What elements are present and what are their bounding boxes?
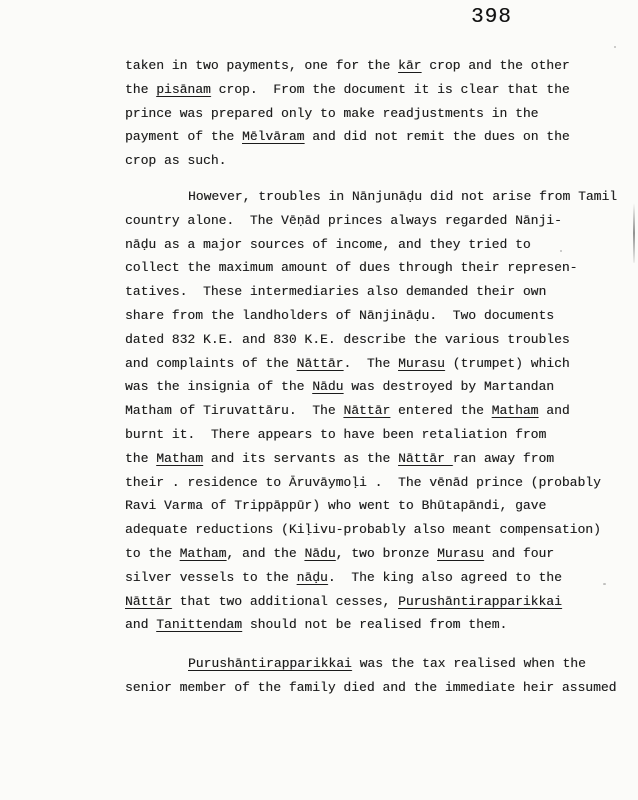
text-segment: . The king also agreed to the [328,570,562,585]
text-line: to the Matham, and the Nādu, two bronze … [125,542,625,566]
text-segment: Ravi Varma of Trippāppūr) who went to Bh… [125,498,546,513]
text-line: and complaints of the Nāttār. The Murasu… [125,352,625,376]
underlined-term: pisānam [156,82,211,97]
text-line: However, troubles in Nānjunāḍu did not a… [125,185,625,209]
text-segment: country alone. The Vēṇād princes always … [125,213,562,228]
scan-speck [560,250,562,252]
text-segment: taken in two payments, one for the [125,58,398,73]
text-segment: their . residence to Āruvāymoḷi . The vē… [125,475,601,490]
text-segment: ran away from [453,451,554,466]
text-segment: burnt it. There appears to have been ret… [125,427,546,442]
text-line: silver vessels to the nāḍu. The king als… [125,566,625,590]
text-line: burnt it. There appears to have been ret… [125,423,625,447]
text-segment: (trumpet) which [445,356,570,371]
text-segment: dated 832 K.E. and 830 K.E. describe the… [125,332,570,347]
text-line: their . residence to Āruvāymoḷi . The vē… [125,471,625,495]
underlined-term: Nādu [312,379,343,394]
text-line: adequate reductions (Kiḷivu-probably als… [125,518,625,542]
text-segment: and did not remit the dues on the [304,129,569,144]
text-segment: was the tax realised when the [352,656,586,671]
text-segment: collect the maximum amount of dues throu… [125,260,577,275]
text-segment: prince was prepared only to make readjus… [125,106,538,121]
text-line: the Matham and its servants as the Nāttā… [125,447,625,471]
text-segment: crop. From the document it is clear that… [211,82,570,97]
text-line: tatives. These intermediaries also deman… [125,280,625,304]
underlined-term: Nāttār [398,451,453,466]
underlined-term: Nāttār [343,403,390,418]
text-segment: and its servants as the [203,451,398,466]
text-segment: nāḍu as a major sources of income, and t… [125,237,531,252]
text-segment: was the insignia of the [125,379,312,394]
scan-speck [603,583,606,585]
text-line: senior member of the family died and the… [125,676,625,700]
text-line: crop as such. [125,149,625,173]
text-segment: the [125,451,156,466]
text-segment: payment of the [125,129,242,144]
text-line: Matham of Tiruvattāru. The Nāttār entere… [125,399,625,423]
text-segment: However, troubles in Nānjunāḍu did not a… [188,189,617,204]
paragraph: Purushāntirapparikkai was the tax realis… [125,652,625,700]
underlined-term: Mēlvāram [242,129,304,144]
text-segment: should not be realised from them. [242,617,507,632]
text-line: prince was prepared only to make readjus… [125,102,625,126]
text-line: and Tanittendam should not be realised f… [125,613,625,637]
scan-speck [614,46,616,48]
text-segment: , two bronze [336,546,437,561]
paragraph: taken in two payments, one for the kār c… [125,54,625,173]
text-line: was the insignia of the Nādu was destroy… [125,375,625,399]
text-segment: . The [343,356,398,371]
page-number: 398 [471,6,512,29]
text-segment: and complaints of the [125,356,297,371]
text-segment: , and the [226,546,304,561]
text-line: taken in two payments, one for the kār c… [125,54,625,78]
underlined-term: Purushāntirapparikkai [188,656,352,671]
text-block: taken in two payments, one for the kār c… [125,54,625,700]
scan-artifact-line [633,203,635,263]
underlined-term: Murasu [398,356,445,371]
text-line: Ravi Varma of Trippāppūr) who went to Bh… [125,494,625,518]
text-line: Purushāntirapparikkai was the tax realis… [125,652,625,676]
text-segment: crop as such. [125,153,226,168]
text-line: Nāttār that two additional cesses, Purus… [125,590,625,614]
scanned-document-page: 398 taken in two payments, one for the k… [0,0,638,800]
text-segment: share from the landholders of Nānjināḍu.… [125,308,554,323]
text-segment: was destroyed by Martandan [343,379,554,394]
text-segment: to the [125,546,180,561]
text-segment: and [538,403,569,418]
text-line: share from the landholders of Nānjināḍu.… [125,304,625,328]
text-line: the pisānam crop. From the document it i… [125,78,625,102]
underlined-term: Nāttār [297,356,344,371]
underlined-term: Matham [492,403,539,418]
text-segment: senior member of the family died and the… [125,680,616,695]
text-line: dated 832 K.E. and 830 K.E. describe the… [125,328,625,352]
text-line: nāḍu as a major sources of income, and t… [125,233,625,257]
text-segment: and four [484,546,554,561]
text-line: payment of the Mēlvāram and did not remi… [125,125,625,149]
text-segment: entered the [390,403,491,418]
text-segment: that two additional cesses, [172,594,398,609]
paragraph: However, troubles in Nānjunāḍu did not a… [125,185,625,637]
underlined-term: Nāttār [125,594,172,609]
text-segment: Matham of Tiruvattāru. The [125,403,343,418]
text-segment: crop and the other [421,58,569,73]
underlined-term: kār [398,58,421,73]
text-segment: and [125,617,156,632]
underlined-term: Matham [156,451,203,466]
underlined-term: Purushāntirapparikkai [398,594,562,609]
text-segment: silver vessels to the [125,570,297,585]
underlined-term: Murasu [437,546,484,561]
text-line: country alone. The Vēṇād princes always … [125,209,625,233]
underlined-term: Nādu [304,546,335,561]
text-line: collect the maximum amount of dues throu… [125,256,625,280]
underlined-term: nāḍu [297,570,328,585]
text-segment: tatives. These intermediaries also deman… [125,284,546,299]
underlined-term: Matham [180,546,227,561]
underlined-term: Tanittendam [156,617,242,632]
text-segment: the [125,82,156,97]
text-segment: adequate reductions (Kiḷivu-probably als… [125,522,601,537]
